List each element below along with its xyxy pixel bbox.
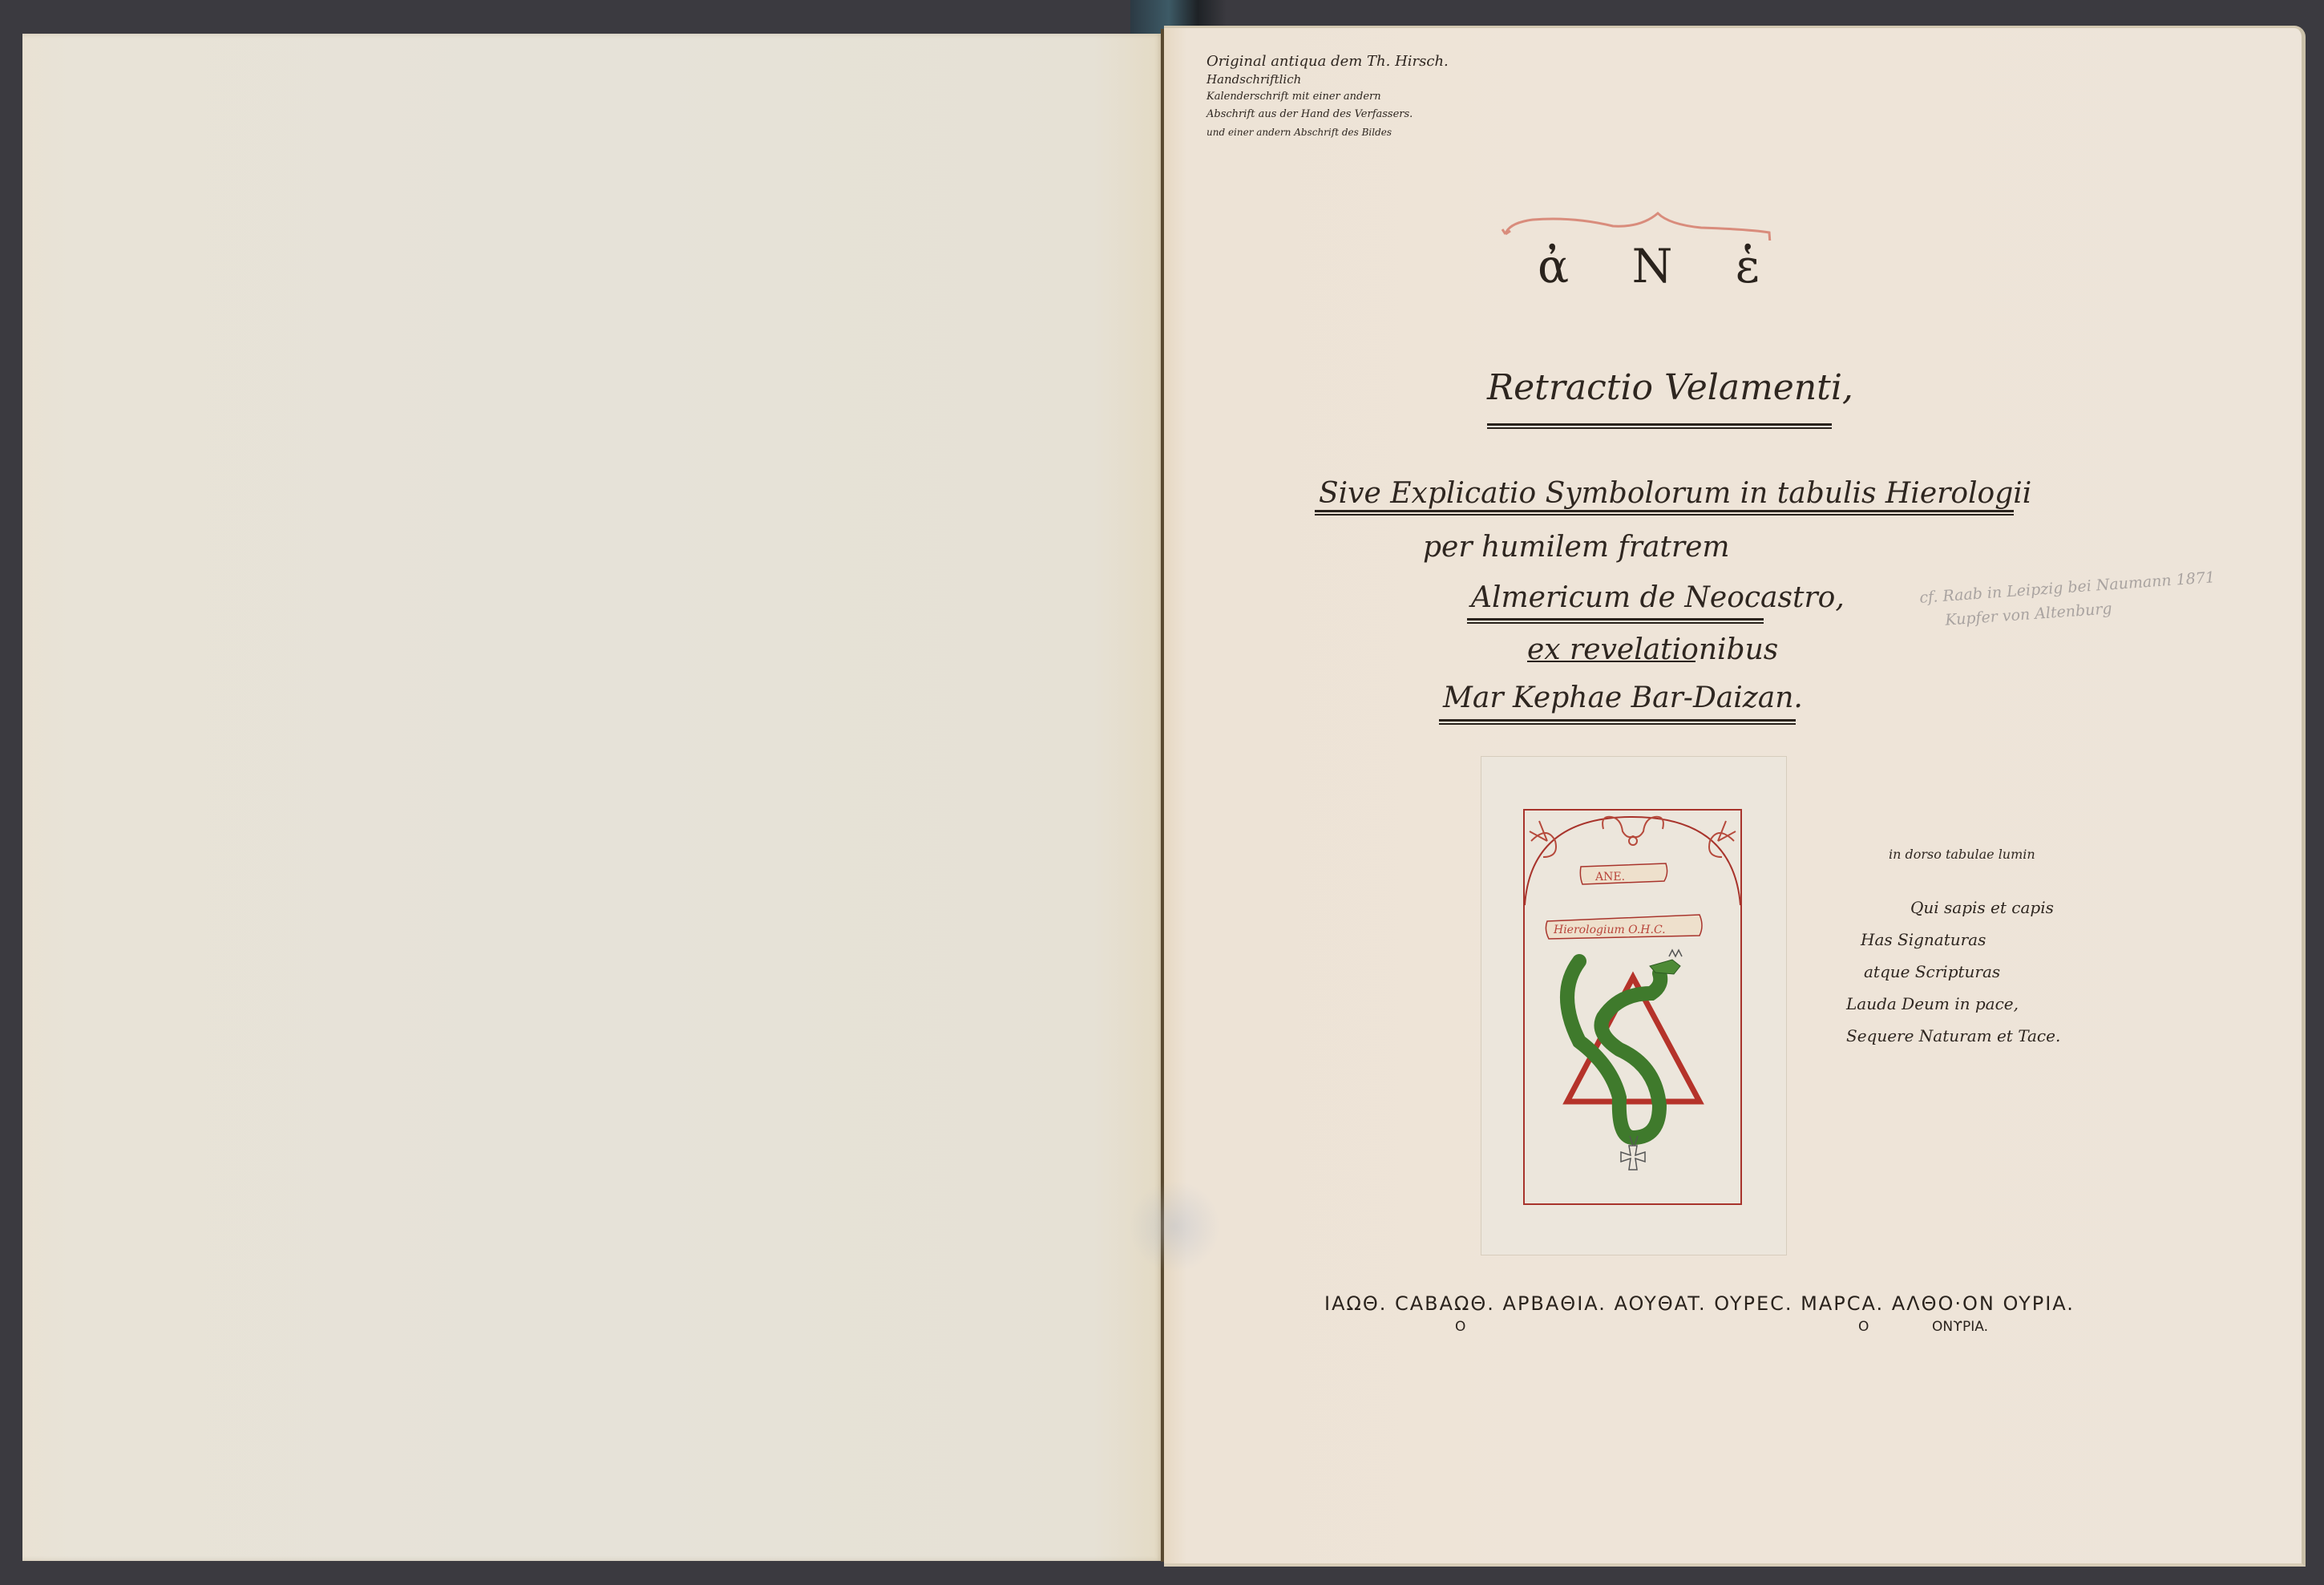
note-line: Handschriftlich (1206, 71, 1449, 88)
title: Retractio Velamenti, (1487, 367, 1853, 408)
poem-line: Has Signaturas (1846, 924, 2060, 956)
subtitle-underline (1315, 510, 2014, 516)
subtitle-line-2: per humilem fratrem (1423, 531, 1730, 564)
revelations-underline (1527, 661, 1696, 662)
ane-heading: ἀ Ν ἑ (1538, 239, 1784, 293)
book-spread: Original antiqua dem Th. Hirsch. Handsch… (0, 0, 2324, 1585)
side-poem-heading: in dorso tabulae lumin (1889, 847, 2035, 862)
banner-bottom-text: Hierologium O.H.C. (1554, 924, 1666, 936)
poem-line: Sequere Naturam et Tace. (1846, 1020, 2060, 1052)
red-brace-ornament (1501, 208, 1773, 241)
subtitle-line-5: Mar Kephae Bar-Daizan. (1443, 681, 1803, 714)
water-stain (1130, 1179, 1219, 1275)
subtitle-line-3: Almericum de Neocastro, (1471, 581, 1845, 614)
banner-top-text: ΑΝΕ. (1595, 871, 1625, 883)
note-line: und einer andern Abschrift des Bildes (1206, 123, 1449, 141)
poem-line: Lauda Deum in pace, (1846, 988, 2060, 1020)
author-underline (1467, 618, 1764, 624)
bardaizan-underline (1439, 719, 1796, 725)
note-line: Abschrift aus der Hand des Verfassers. (1206, 106, 1449, 123)
left-page-blank (22, 34, 1162, 1561)
poem-line: Qui sapis et capis (1846, 892, 2060, 924)
greek-variant: O (1858, 1319, 1869, 1335)
greek-divine-names: IAΩΘ. CABAΩΘ. APBAΘIA. AOYΘAT. OYPEC. MA… (1324, 1292, 2075, 1315)
greek-variant: O (1455, 1319, 1465, 1335)
poem-line: atque Scripturas (1846, 956, 2060, 988)
title-underline (1487, 423, 1832, 429)
emblem-illustration (1523, 809, 1742, 1205)
subtitle-line-1: Sive Explicatio Symbolorum in tabulis Hi… (1319, 477, 2031, 510)
note-line: Original antiqua dem Th. Hirsch. (1206, 53, 1449, 71)
note-line: Kalenderschrift mit einer andern (1206, 88, 1449, 106)
side-poem: Qui sapis et capis Has Signaturas atque … (1846, 892, 2060, 1052)
greek-variant: ONϒPIA. (1932, 1319, 1988, 1335)
pasted-emblem-card: ΑΝΕ. Hierologium O.H.C. (1481, 757, 1786, 1255)
top-note: Original antiqua dem Th. Hirsch. Handsch… (1206, 53, 1449, 141)
